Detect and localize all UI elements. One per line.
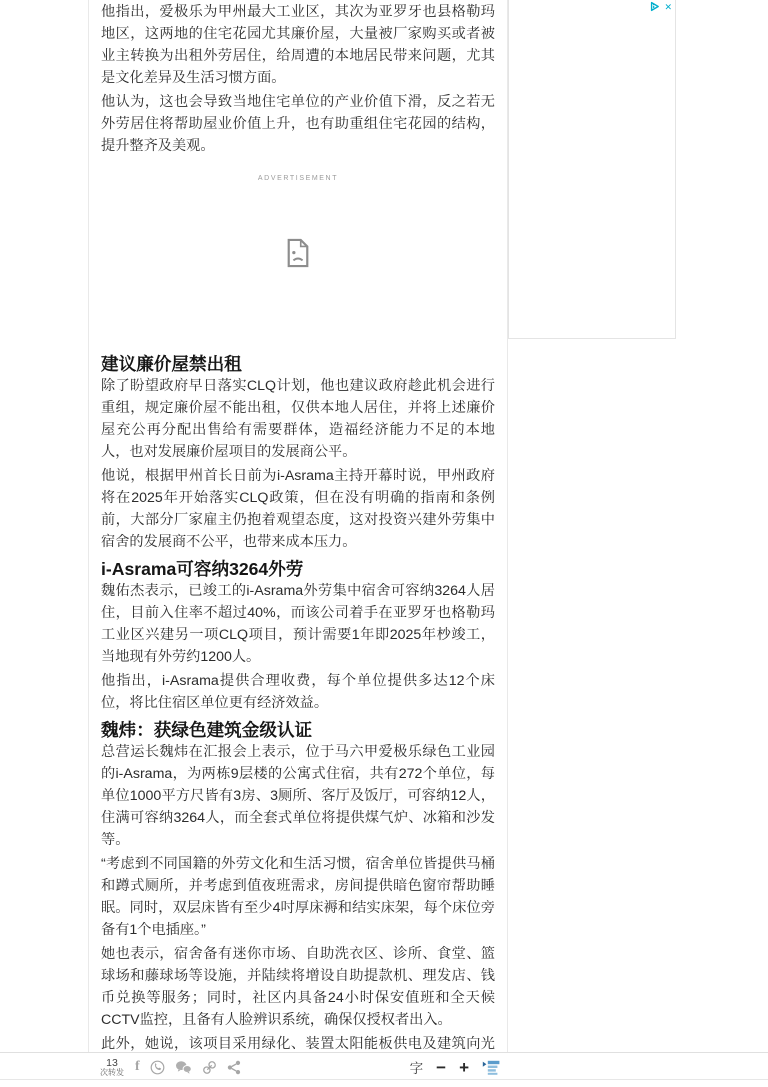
article-column: 他指出，爱极乐为甲州最大工业区，其次为亚罗牙也县格勒玛地区，这两地的住宅花园尤其…: [88, 0, 508, 1052]
article-paragraph quote-paragraph: “考虑到不同国籍的外劳文化和生活习惯，宿舍单位皆提供马桶和蹲式厕所，并考虑到值夜…: [101, 854, 495, 942]
whatsapp-icon[interactable]: [150, 1060, 165, 1075]
article-paragraph: 她也表示，宿舍备有迷你市场、自助洗衣区、诊所、食堂、篮球场和藤球场等设施，并陆续…: [101, 944, 495, 1032]
link-icon[interactable]: [202, 1060, 217, 1075]
section-heading: 魏炜：获绿色建筑金级认证: [101, 718, 495, 742]
article-paragraph: 此外，她说，该项目采用绿化、装置太阳能板供电及建筑向光的设计，有助i-Asram…: [101, 1034, 495, 1052]
broken-image-icon: [286, 238, 310, 268]
article-page: 他指出，爱极乐为甲州最大工业区，其次为亚罗牙也县格勒玛地区，这两地的住宅花园尤其…: [0, 0, 768, 1087]
article-paragraph: 他说，根据甲州首长日前为i-Asrama主持开幕时说，甲州政府将在2025年开始…: [101, 466, 495, 554]
font-size-label: 字: [410, 1057, 424, 1077]
article-paragraph: 总营运长魏炜在汇报会上表示，位于马六甲爱极乐绿色工业园的i-Asrama，为两栋…: [101, 742, 495, 852]
facebook-icon[interactable]: f: [135, 1060, 140, 1074]
share-icon[interactable]: [227, 1060, 241, 1075]
sidebar-ad-frame: ✕: [508, 0, 676, 339]
article-paragraph: 他指出，i-Asrama提供合理收费，每个单位提供多达12个床位，将比住宿区单位…: [101, 671, 495, 715]
font-increase-button[interactable]: +: [459, 1059, 469, 1076]
section-heading: i-Asrama可容纳3264外劳: [101, 557, 495, 581]
share-count: 13 次转发: [100, 1058, 124, 1077]
font-decrease-button[interactable]: −: [436, 1059, 446, 1076]
font-size-controls: 字 − +: [410, 1053, 500, 1081]
wechat-icon[interactable]: [175, 1060, 192, 1074]
article-paragraph: 除了盼望政府早日落实CLQ计划，他也建议政府趁此机会进行重组，规定廉价屋不能出租…: [101, 376, 495, 464]
related-news-icon[interactable]: [482, 1059, 500, 1075]
advertisement-label: ADVERTISEMENT: [101, 174, 495, 184]
bottom-toolbar: 13 次转发 f: [0, 1052, 768, 1080]
article-paragraph: 魏佑杰表示，已竣工的i-Asrama外劳集中宿舍可容纳3264人居住，目前入住率…: [101, 581, 495, 669]
section-heading: 建议廉价屋禁出租: [101, 352, 495, 376]
share-group: 13 次转发 f: [100, 1053, 241, 1081]
inline-ad-slot: ADVERTISEMENT: [101, 160, 495, 349]
article-paragraph: 他指出，爱极乐为甲州最大工业区，其次为亚罗牙也县格勒玛地区，这两地的住宅花园尤其…: [101, 2, 495, 90]
article-paragraph: 他认为，这也会导致当地住宅单位的产业价值下滑，反之若无外劳居住将帮助屋业价值上升…: [101, 92, 495, 158]
adchoices-icon[interactable]: [649, 1, 660, 12]
ad-close-icon[interactable]: ✕: [664, 2, 672, 12]
